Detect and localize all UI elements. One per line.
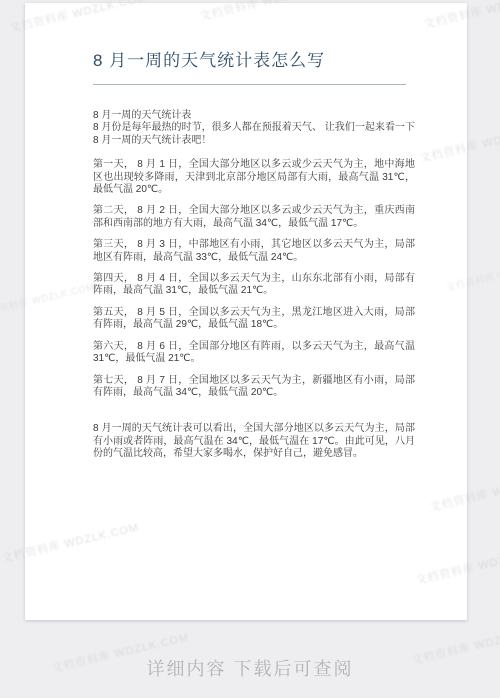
paragraph-day-3: 第三天， 8 月 3 日，中部地区有小雨，其它地区以多云天气为主，局部地区有阵雨…	[93, 239, 415, 264]
paragraph-intro: 8 月份是每年最热的时节，很多人都在预报着天气、 让我们一起来看一下 8 月一周…	[93, 122, 415, 147]
paragraph-day-5: 第五天， 8 月 5 日，全国以多云天气为主，黑龙江地区进入大雨，局部有阵雨，最…	[93, 307, 415, 332]
paragraph-summary: 8 月一周的天气统计表可以看出，全国大部分地区以多云天气为主，局部有小雨或者阵雨…	[93, 423, 415, 460]
footer-caption: 详细内容 下载后可查阅	[0, 655, 500, 681]
paragraph-day-6: 第六天， 8 月 6 日，全国部分地区有阵雨，以多云天气为主，最高气温 31℃，…	[93, 341, 415, 366]
paragraph-intro-heading: 8 月一周的天气统计表	[93, 110, 415, 122]
title-divider	[93, 84, 406, 85]
document-title: 8 月一周的天气统计表怎么写	[93, 49, 415, 73]
document-body: 8 月一周的天气统计表 8 月份是每年最热的时节，很多人都在预报着天气、 让我们…	[93, 110, 415, 461]
paragraph-day-4: 第四天， 8 月 4 日，全国以多云天气为主，山东东北部有小雨，局部有阵雨，最高…	[93, 273, 415, 298]
paragraph-day-1: 第一天， 8 月 1 日，全国大部分地区以多云或少云天气为主，地中海地区也出现较…	[93, 159, 415, 196]
paragraph-day-2: 第二天， 8 月 2 日，全国大部分地区以多云或少云天气为主，重庆西南部和西南部…	[93, 205, 415, 230]
document-preview: 8 月一周的天气统计表怎么写 8 月一周的天气统计表 8 月份是每年最热的时节，…	[0, 0, 500, 698]
paragraph-day-7: 第七天， 8 月 7 日，全国地区以多云天气为主，新疆地区有小雨，局部有阵雨，最…	[93, 375, 415, 400]
document-page: 8 月一周的天气统计表怎么写 8 月一周的天气统计表 8 月份是每年最热的时节，…	[25, 3, 467, 620]
page-content: 8 月一周的天气统计表怎么写 8 月一周的天气统计表 8 月份是每年最热的时节，…	[25, 3, 467, 461]
